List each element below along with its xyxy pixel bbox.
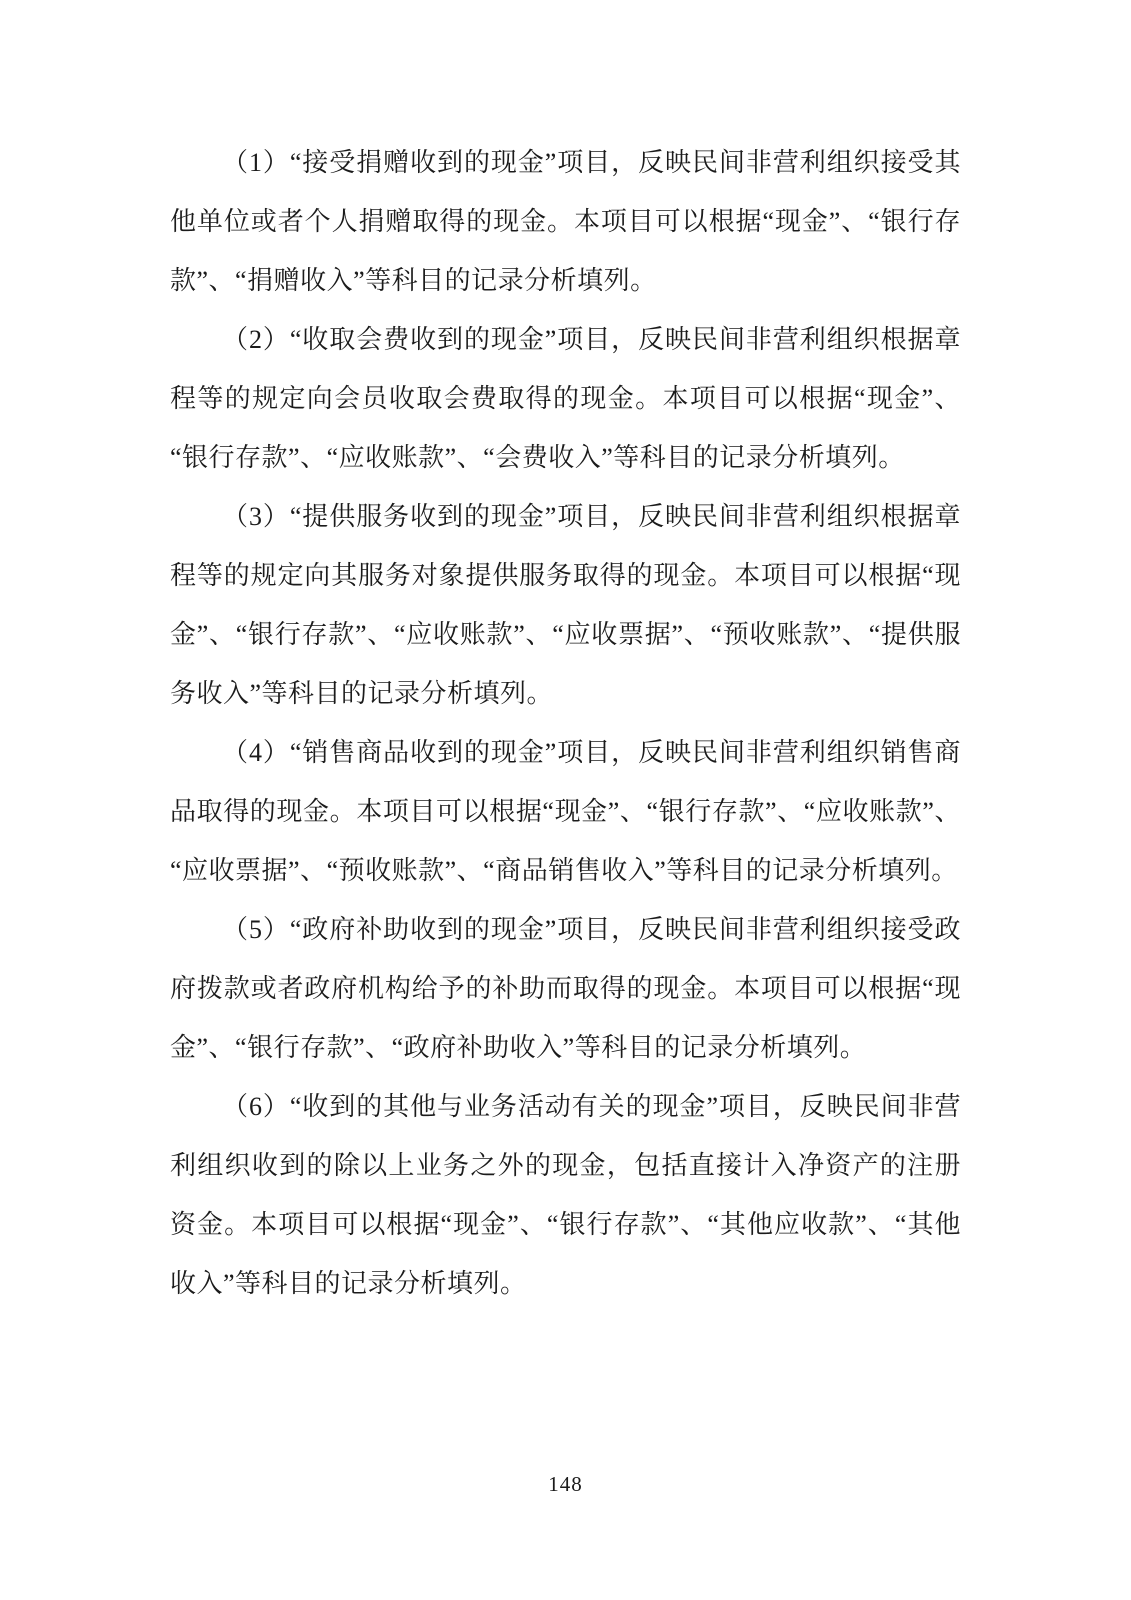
- document-page: （1）“接受捐赠收到的现金”项目，反映民间非营利组织接受其他单位或者个人捐赠取得…: [0, 0, 1131, 1600]
- document-body: （1）“接受捐赠收到的现金”项目，反映民间非营利组织接受其他单位或者个人捐赠取得…: [170, 133, 961, 1313]
- page-number: 148: [548, 1472, 583, 1496]
- paragraph-item-1-donations-cash: （1）“接受捐赠收到的现金”项目，反映民间非营利组织接受其他单位或者个人捐赠取得…: [170, 133, 961, 310]
- paragraph-item-4-goods-sales-cash: （4）“销售商品收到的现金”项目，反映民间非营利组织销售商品取得的现金。本项目可…: [170, 723, 961, 900]
- paragraph-item-2-membership-fees-cash: （2）“收取会费收到的现金”项目，反映民间非营利组织根据章程等的规定向会员收取会…: [170, 310, 961, 487]
- paragraph-item-6-other-activity-cash: （6）“收到的其他与业务活动有关的现金”项目，反映民间非营利组织收到的除以上业务…: [170, 1077, 961, 1313]
- page-footer: 148: [0, 1472, 1131, 1497]
- paragraph-item-5-government-subsidy-cash: （5）“政府补助收到的现金”项目，反映民间非营利组织接受政府拨款或者政府机构给予…: [170, 900, 961, 1077]
- paragraph-item-3-services-cash: （3）“提供服务收到的现金”项目，反映民间非营利组织根据章程等的规定向其服务对象…: [170, 487, 961, 723]
